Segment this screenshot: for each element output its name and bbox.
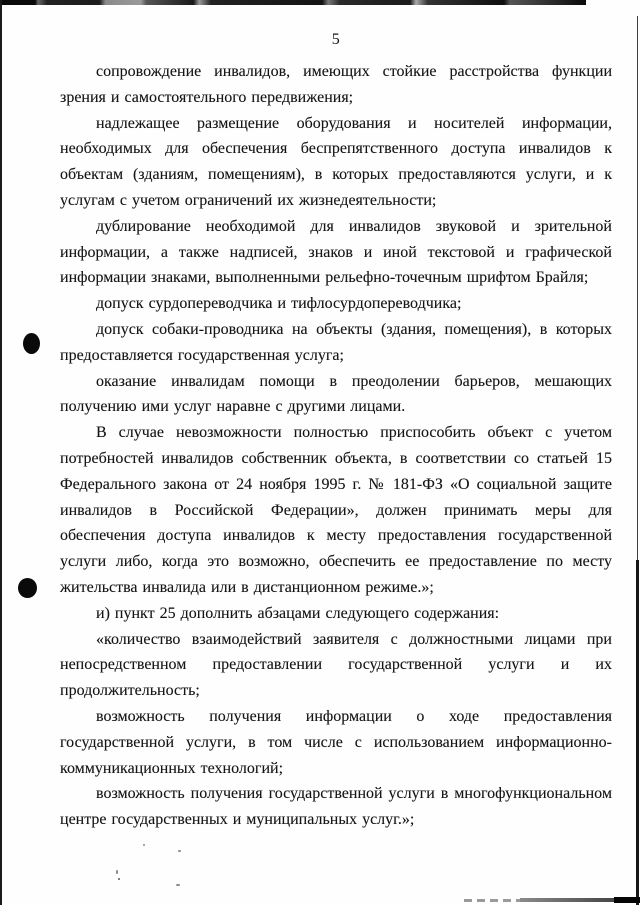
paragraph: допуск собаки-проводника на объекты (зда… bbox=[60, 317, 612, 369]
scan-bottom-edge-bar bbox=[520, 898, 616, 902]
paragraph: оказание инвалидам помощи в преодолении … bbox=[60, 369, 612, 421]
paragraph: и) пункт 25 дополнить абзацами следующег… bbox=[60, 601, 612, 627]
scan-bottom-edge-bar-corner bbox=[614, 897, 640, 903]
scanned-document-page: 5 сопровождение инвалидов, имеющих стойк… bbox=[0, 0, 640, 905]
page-number: 5 bbox=[60, 30, 612, 50]
paragraph: В случае невозможности полностью приспос… bbox=[60, 420, 612, 601]
document-body: сопровождение инвалидов, имеющих стойкие… bbox=[60, 59, 612, 833]
scan-speck bbox=[176, 884, 180, 886]
scan-speck bbox=[118, 878, 120, 880]
paragraph: возможность получения информации о ходе … bbox=[60, 704, 612, 781]
paragraph: дублирование необходимой для инвалидов з… bbox=[60, 214, 612, 291]
scan-speck bbox=[178, 850, 181, 852]
paragraph: возможность получения государственной ус… bbox=[60, 781, 612, 833]
scan-speck bbox=[116, 870, 118, 874]
document-content: 5 сопровождение инвалидов, имеющих стойк… bbox=[0, 0, 640, 833]
scan-bottom-edge-dashes bbox=[464, 899, 520, 902]
paragraph: сопровождение инвалидов, имеющих стойкие… bbox=[60, 59, 612, 111]
paragraph: допуск сурдопереводчика и тифлосурдопере… bbox=[60, 291, 612, 317]
scan-speck bbox=[143, 844, 145, 846]
paragraph: «количество взаимодействий заявителя с д… bbox=[60, 627, 612, 704]
paragraph: надлежащее размещение оборудования и нос… bbox=[60, 111, 612, 214]
